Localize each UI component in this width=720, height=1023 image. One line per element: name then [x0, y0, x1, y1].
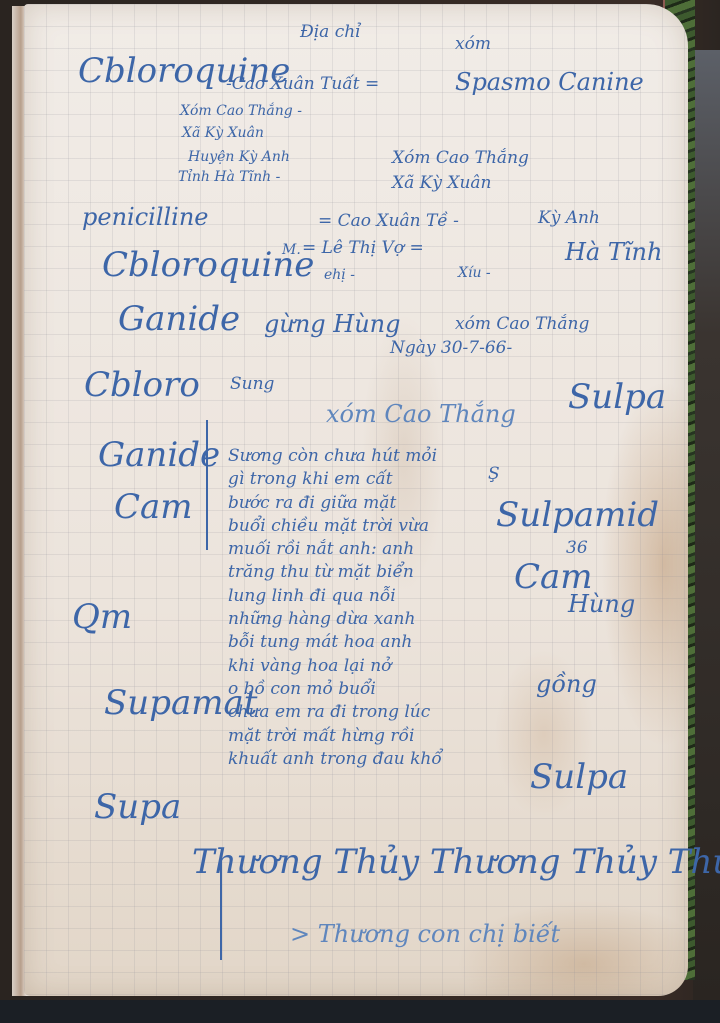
address-line: Xóm Cao Thắng [392, 150, 529, 167]
address-line: Tỉnh Hà Tĩnh - [178, 170, 280, 184]
side-number: 36 [566, 540, 588, 557]
drug-label: Supa [94, 790, 181, 824]
address-line: Kỳ Anh [538, 210, 600, 227]
poem-line: những hàng dừa xanh [228, 611, 518, 628]
address-line: Xíu - [458, 266, 491, 280]
address-line: = Cao Xuân Tề - [318, 213, 459, 230]
address-line: xóm Cao Thắng [455, 316, 589, 333]
side-word: Hùng [568, 592, 635, 616]
footer-note: > Thương con chị biết [290, 922, 560, 946]
poem-line: trăng thu từ mặt biển [228, 564, 518, 581]
poem-line: gì trong khi em cất [228, 471, 518, 488]
address-line: = Lê Thị Vợ = [302, 240, 424, 257]
poem-line: o bồ con mỏ buổi [228, 681, 518, 698]
pen-stroke [206, 420, 208, 550]
date-text: Ngày 30-7-66- [390, 340, 512, 357]
poem-line: Sương còn chưa hút mỏi [228, 448, 518, 465]
header-xom: xóm [455, 36, 491, 53]
drug-label: Ganide [118, 302, 240, 336]
drug-label: Sulpa [568, 380, 666, 414]
poem-line: khi vàng hoa lại nở [228, 658, 518, 675]
drug-label: Cbloro [84, 368, 200, 402]
poem-block: Sương còn chưa hút mỏi gì trong khi em c… [228, 448, 518, 774]
side-word: gồng [536, 672, 597, 696]
side-word: Cam [114, 490, 193, 524]
poem-line: mặt trời mất hừng rồi [228, 728, 518, 745]
address-line: ehị - [324, 268, 355, 282]
address-line: Xã Kỳ Xuân [392, 175, 492, 192]
drug-label: Sulpa [530, 760, 628, 794]
poem-line: buổi chiều mặt trời vừa [228, 518, 518, 535]
poem-line: bước ra đi giữa mặt [228, 495, 518, 512]
address-line: gừng Hùng [264, 312, 400, 336]
address-line: Sung [230, 376, 274, 393]
drug-label: penicilline [82, 205, 209, 229]
poem-line: muối rồi nắt anh: anh [228, 541, 518, 558]
poem-line: chưa em ra đi trong lúc [228, 704, 518, 721]
drug-label: Sulpamid [496, 498, 659, 532]
notebook-photo: Địa chỉ xóm Cbloroquine Spasmo Canine -C… [0, 0, 720, 1023]
poem-line: khuất anh trong đau khổ [228, 751, 518, 768]
drug-label: Ganide [98, 438, 220, 472]
address-line: Hà Tĩnh [565, 240, 662, 264]
side-word: Qm [72, 600, 132, 634]
side-word: Cam [514, 560, 593, 594]
signature-text: Thương Thủy Thương Thủy Thương [192, 845, 720, 879]
poem-line: lung linh đi qua nỗi [228, 588, 518, 605]
pen-stroke [220, 860, 222, 960]
drug-label: Spasmo Canine [455, 70, 644, 94]
address-line: Xã Kỳ Xuân [182, 126, 264, 140]
bottom-border [0, 1000, 720, 1023]
address-line: Huyện Kỳ Anh [188, 150, 290, 164]
header-dia-chi: Địa chỉ [300, 24, 361, 41]
drug-label: Cbloroquine [102, 248, 314, 282]
address-line: -Cao Xuân Tuất = [226, 76, 379, 93]
address-line: Xóm Cao Thắng - [180, 104, 302, 118]
poem-line: bỗi tung mát hoa anh [228, 634, 518, 651]
address-line: xóm Cao Thắng [326, 402, 516, 426]
